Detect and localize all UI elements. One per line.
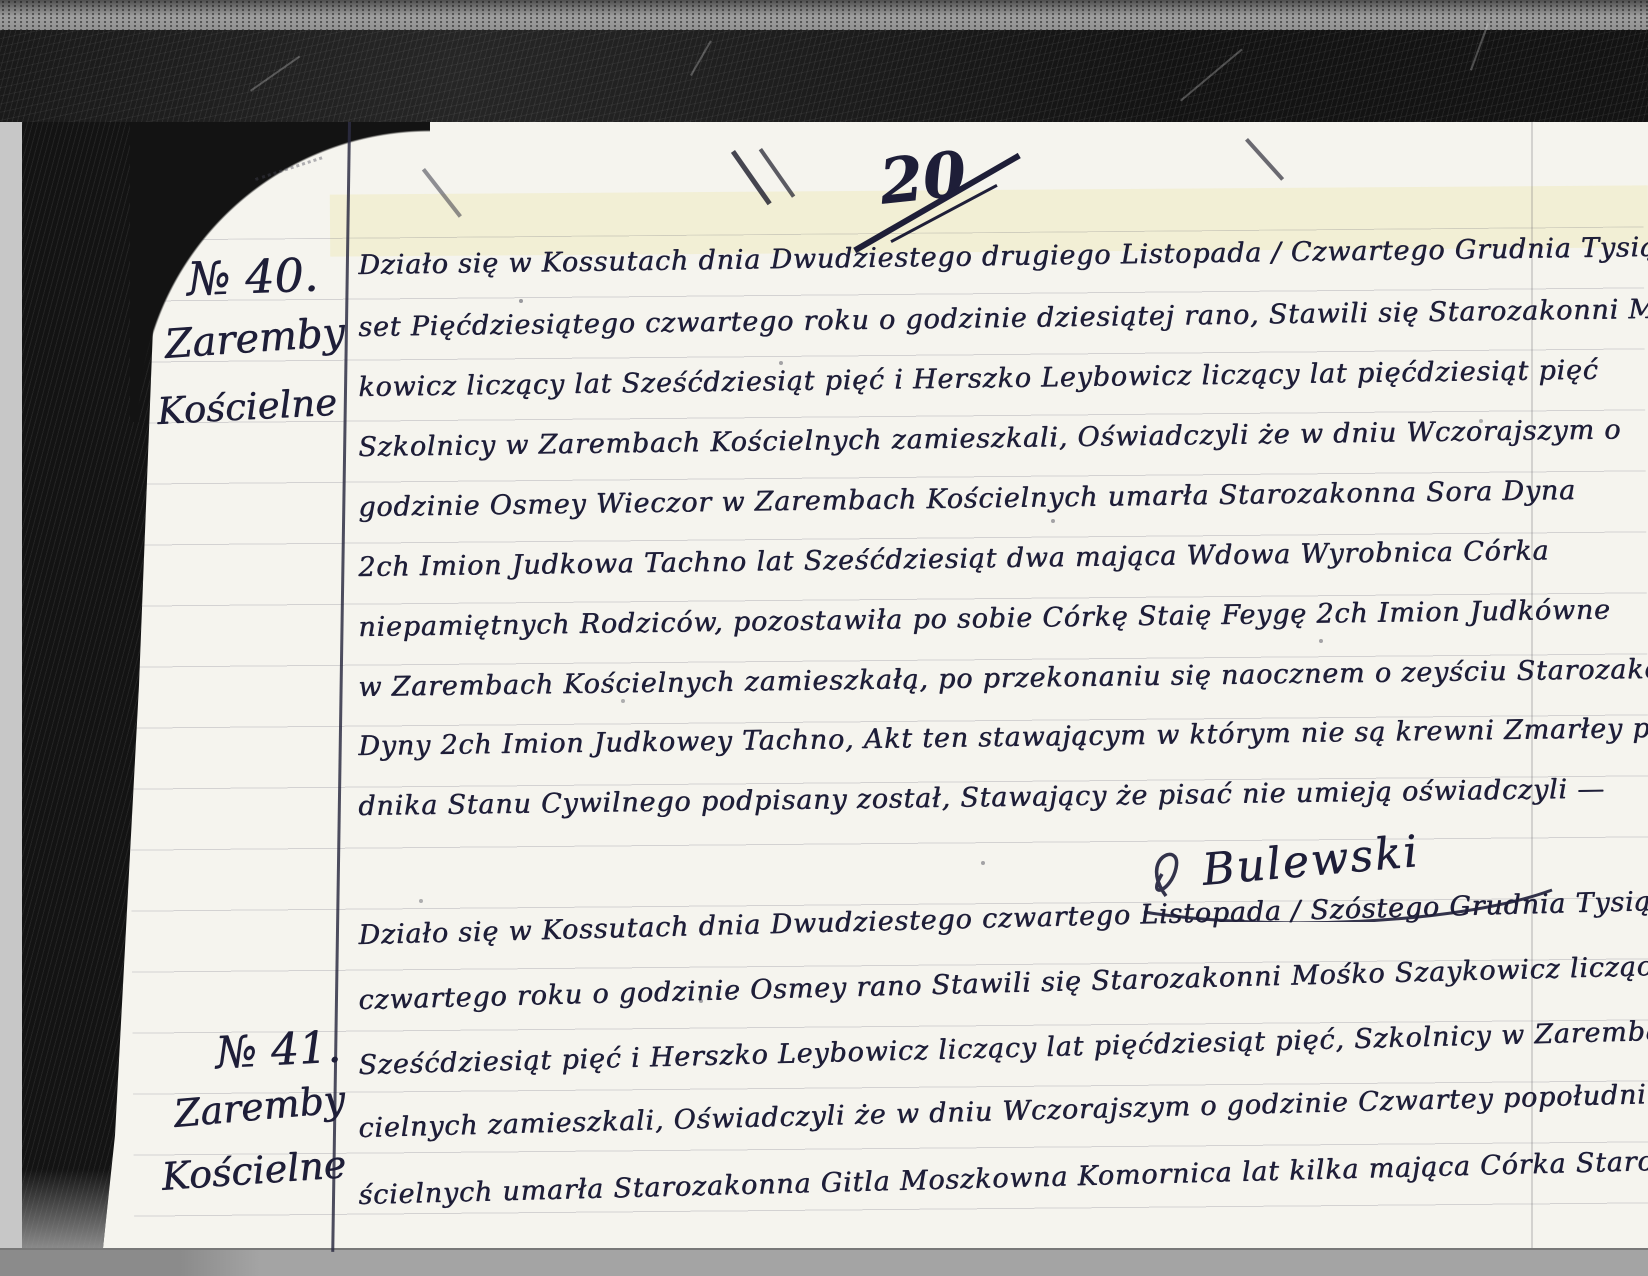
top-scan-strip: [0, 0, 1648, 30]
document-scan: 20 № 40. Zaremby Kościelne Działo się w …: [0, 0, 1648, 1276]
scratch-mark: [1470, 23, 1489, 71]
scratch-mark: [250, 56, 300, 92]
left-scan-strip: [0, 30, 22, 1248]
bottom-scan-strip: [0, 1248, 1648, 1276]
scan-border-top: [0, 30, 1648, 122]
scratch-mark: [690, 40, 712, 76]
margin-number: № 40.: [186, 247, 319, 306]
speckles: [0, 0, 2, 2]
margin-number: № 41.: [214, 1021, 342, 1079]
scratch-mark: [1180, 49, 1243, 102]
